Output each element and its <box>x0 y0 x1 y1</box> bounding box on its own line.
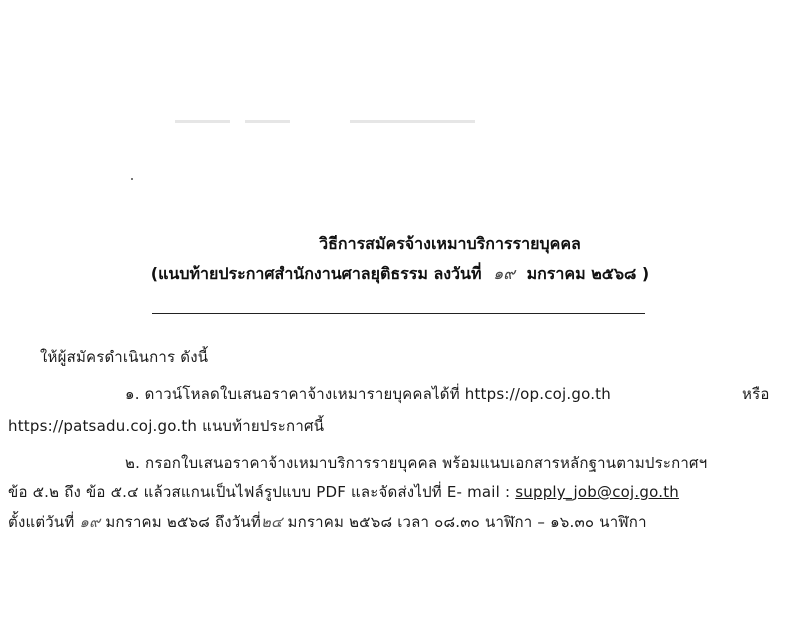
document-page: วิธีการสมัครจ้างเหมาบริการรายบุคคล (แนบท… <box>0 0 800 619</box>
item-2-line-2: ข้อ ๕.๒ ถึง ข้อ ๕.๔ แล้วสแกนเป็นไฟล์รูปแ… <box>8 480 679 504</box>
date-range-label-end: มกราคม ๒๕๖๘ เวลา ๐๘.๓๐ นาฬิกา – ๑๖.๓๐ นา… <box>288 513 647 531</box>
item-1-line-2: https://patsadu.coj.go.th แนบท้ายประกาศน… <box>8 414 324 438</box>
date-range-label-mid: มกราคม ๒๕๖๘ ถึงวันที่ <box>105 513 261 531</box>
item-2-text: กรอกใบเสนอราคาจ้างเหมาบริการรายบุคคล พร้… <box>145 454 707 472</box>
item-2-line-3: ตั้งแต่วันที่ ๑๙ มกราคม ๒๕๖๘ ถึงวันที่๒๔… <box>8 510 647 534</box>
handwritten-end-day: ๒๔ <box>261 513 283 531</box>
item-2-line-2-text: ข้อ ๕.๒ ถึง ข้อ ๕.๔ แล้วสแกนเป็นไฟล์รูปแ… <box>8 483 515 501</box>
subtitle-prefix: (แนบท้ายประกาศสำนักงานศาลยุติธรรม ลงวันท… <box>151 264 482 283</box>
date-range-label-start: ตั้งแต่วันที่ <box>8 513 74 531</box>
handwritten-start-day: ๑๙ <box>79 513 100 531</box>
item-1-line-1-end: หรือ <box>742 382 770 406</box>
subtitle-suffix: มกราคม ๒๕๖๘ ) <box>527 264 650 283</box>
email-link[interactable]: supply_job@coj.go.th <box>515 483 679 501</box>
item-2-number: ๒. <box>125 454 140 472</box>
faded-header-text <box>175 120 475 130</box>
document-subtitle: (แนบท้ายประกาศสำนักงานศาลยุติธรรม ลงวันท… <box>0 262 800 287</box>
item-1-number: ๑. <box>125 385 140 403</box>
divider-line <box>152 313 645 314</box>
handwritten-day: ๑๙ <box>493 264 515 283</box>
item-1-text: ดาวน์โหลดใบเสนอราคาจ้างเหมารายบุคคลได้ที… <box>145 385 611 403</box>
item-2-line-1: ๒. กรอกใบเสนอราคาจ้างเหมาบริการรายบุคคล … <box>125 451 707 475</box>
item-1-line-1: ๑. ดาวน์โหลดใบเสนอราคาจ้างเหมารายบุคคลได… <box>125 382 611 406</box>
intro-text: ให้ผู้สมัครดำเนินการ ดังนี้ <box>40 345 208 369</box>
document-title: วิธีการสมัครจ้างเหมาบริการรายบุคคล <box>50 232 800 257</box>
scan-speck <box>131 178 133 180</box>
